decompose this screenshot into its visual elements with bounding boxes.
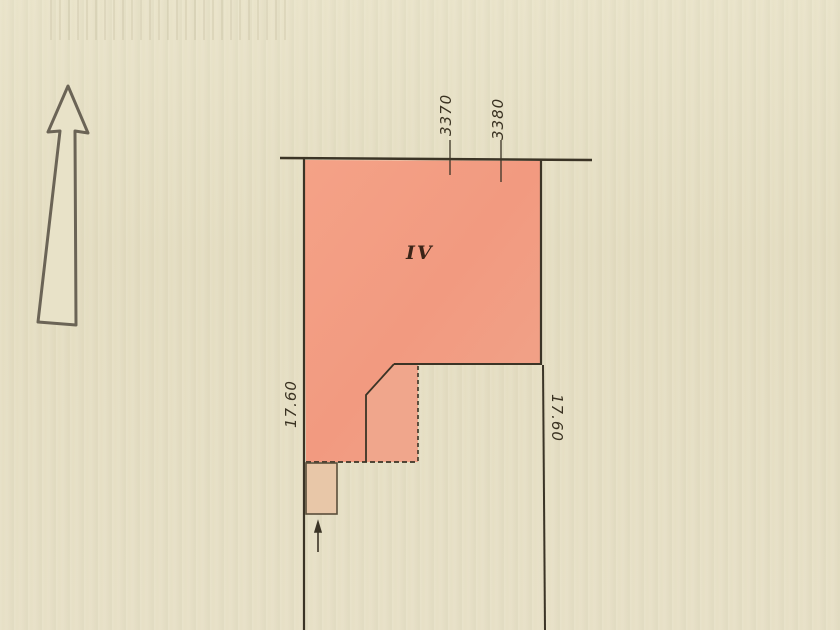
left-dimension-label: 17.60 <box>282 380 300 428</box>
boundary-label-3380: 3380 <box>489 98 507 140</box>
entrance-arrow-icon <box>315 522 321 552</box>
site-plan-drawing <box>0 0 840 630</box>
building-footprint <box>304 160 541 462</box>
north-arrow-icon <box>38 86 88 325</box>
lot-number-label: IV <box>406 242 434 264</box>
boundary-label-3370: 3370 <box>437 94 455 136</box>
right-dimension-label: 17.60 <box>548 394 566 442</box>
top-boundary-line <box>280 158 592 160</box>
small-annex <box>306 463 337 514</box>
